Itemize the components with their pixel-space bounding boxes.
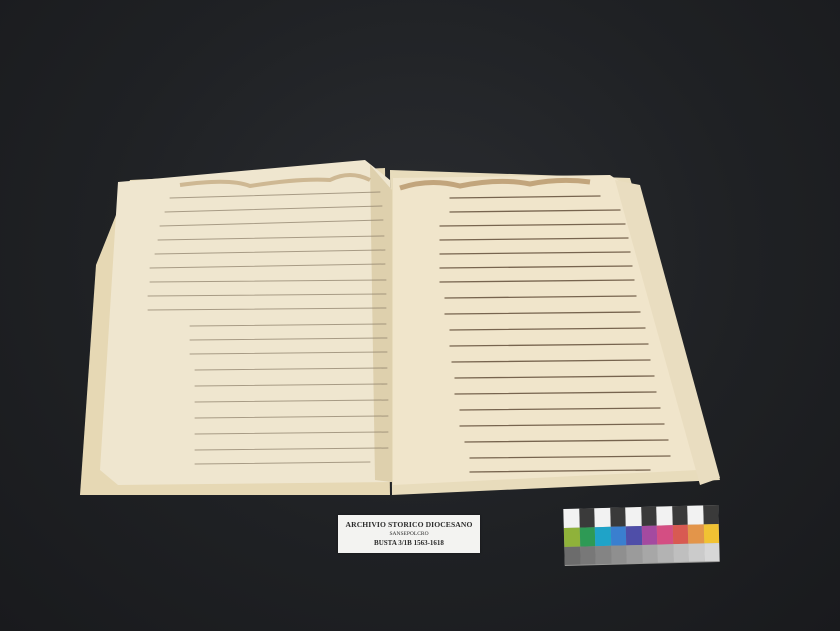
color-patch <box>672 525 688 544</box>
label-busta: BUSTA 3/1B 1563-1618 <box>338 539 480 547</box>
color-patch <box>703 524 719 543</box>
color-patch <box>564 527 580 546</box>
right-page <box>393 175 698 485</box>
color-patch <box>657 544 673 563</box>
color-patch <box>703 505 719 524</box>
color-patch <box>626 545 642 564</box>
color-patch <box>641 525 657 544</box>
color-patch <box>656 506 672 525</box>
color-patch <box>563 509 579 528</box>
color-patch <box>580 546 596 565</box>
color-patch <box>564 546 580 565</box>
color-patch <box>687 505 703 524</box>
archive-label: ARCHIVIO STORICO DIOCESANO SANSEPOLCRO B… <box>338 515 480 553</box>
color-patch <box>642 544 658 563</box>
left-page <box>100 160 392 485</box>
color-patch <box>595 545 611 564</box>
color-patch <box>625 507 641 526</box>
color-patch <box>641 507 657 526</box>
color-checker-chart <box>563 505 719 566</box>
color-patch <box>673 543 689 562</box>
color-patch <box>610 507 626 526</box>
color-patch <box>688 543 704 562</box>
color-patch <box>594 508 610 527</box>
color-patch <box>626 526 642 545</box>
color-patch <box>595 527 611 546</box>
label-archive-name: ARCHIVIO STORICO DIOCESANO <box>338 520 480 529</box>
color-patch <box>657 525 673 544</box>
label-city: SANSEPOLCRO <box>338 531 480 537</box>
color-patch <box>688 524 704 543</box>
photo-scene: ARCHIVIO STORICO DIOCESANO SANSEPOLCRO B… <box>0 0 840 631</box>
color-patch <box>610 526 626 545</box>
color-patch <box>672 506 688 525</box>
color-patch <box>704 543 720 562</box>
color-patch <box>579 527 595 546</box>
color-patch <box>611 545 627 564</box>
color-patch <box>579 508 595 527</box>
